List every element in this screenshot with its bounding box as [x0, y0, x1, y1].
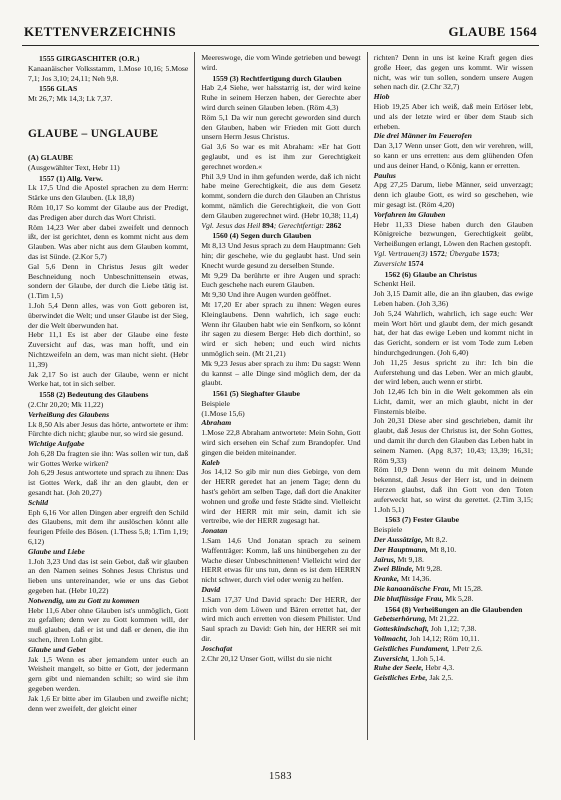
paragraph: Joh 6,28 Da fragten sie ihn: Was sollen … — [28, 449, 188, 469]
entry-heading: 1555 GIRGASCHITER (O.R.) — [28, 54, 188, 64]
text-columns: 1555 GIRGASCHITER (O.R.)Kanaanäischer Vo… — [22, 52, 539, 740]
subheading: Jonatan — [201, 526, 360, 536]
subheading: Kaleb — [201, 458, 360, 468]
column-2: Meereswoge, die vom Winde getrieben und … — [194, 52, 366, 740]
reference-line: Der Aussätzige, Mt 8,2. — [374, 535, 533, 545]
column-1: 1555 GIRGASCHITER (O.R.)Kanaanäischer Vo… — [22, 52, 194, 740]
paragraph: 1.Sam 14,6 Und Jonatan sprach zu seinem … — [201, 536, 360, 585]
paragraph: Jak 2,17 So ist auch der Glaube, wenn er… — [28, 370, 188, 390]
paragraph: Phil 3,9 Und in ihm gefunden werde, daß … — [201, 172, 360, 221]
paragraph: Jos 14,12 So gib mir nun dies Gebirge, v… — [201, 467, 360, 526]
paragraph: Gal 5,6 Denn in Christus Jesus gilt wede… — [28, 262, 188, 301]
cross-reference: Vgl. Jesus das Heil 894; Gerechtfertigt:… — [201, 221, 360, 231]
reference-line: Zuversicht, 1.Joh 5,14. — [374, 654, 533, 664]
paragraph: Mt 9,30 Und ihre Augen wurden geöffnet. — [201, 290, 360, 300]
reference-line: Vollmacht, Joh 14,12; Röm 10,11. — [374, 634, 533, 644]
paragraph: (1.Mose 15,6) — [201, 409, 360, 419]
subheading: Glaube und Liebe — [28, 547, 188, 557]
subheading: Wichtige Aufgabe — [28, 439, 188, 449]
subheading: Joschafat — [201, 644, 360, 654]
paragraph: Schenkt Heil. — [374, 279, 533, 289]
paragraph: 2.Chr 20,12 Unser Gott, willst du sie ni… — [201, 654, 360, 664]
entry-heading: 1560 (4) Segen durch Glauben — [201, 231, 360, 241]
paragraph: Joh 11,25 Jesus spricht zu ihr: Ich bin … — [374, 358, 533, 387]
paragraph: Jak 1,5 Wenn es aber jemandem unter euch… — [28, 655, 188, 694]
reference-line: Gotteskindschaft, Joh 1,12; 7,38. — [374, 624, 533, 634]
book-page: KETTENVERZEICHNIS GLAUBE 1564 1555 GIRGA… — [0, 0, 561, 800]
paragraph: Joh 3,15 Damit alle, die an ihn glauben,… — [374, 289, 533, 309]
entry-heading: 1564 (8) Verheißungen an die Glaubenden — [374, 605, 533, 615]
reference-line: Die kanaanäische Frau, Mt 15,28. — [374, 584, 533, 594]
entry-heading: 1556 GLAS — [28, 84, 188, 94]
subheading: Vorfahren im Glauben — [374, 210, 533, 220]
paragraph: Lk 8,50 Als aber Jesus das hörte, antwor… — [28, 420, 188, 440]
subheading: Verheißung des Glaubens — [28, 410, 188, 420]
reference-line: Jaïrus, Mt 9,18. — [374, 555, 533, 565]
reference-line: Ruhe der Seele, Hebr 4,3. — [374, 663, 533, 673]
section-heading: GLAUBE – UNGLAUBE — [28, 128, 188, 141]
subheading: Glaube und Gebet — [28, 645, 188, 655]
reference-line: Die blutflüssige Frau, Mk 5,28. — [374, 594, 533, 604]
reference-line: Der Hauptmann, Mt 8,10. — [374, 545, 533, 555]
paragraph: (Ausgewählter Text, Hebr 11) — [28, 163, 188, 173]
paragraph: Mt 8,13 Und Jesus sprach zu dem Hauptman… — [201, 241, 360, 270]
paragraph: Apg 27,25 Darum, liebe Männer, seid unve… — [374, 180, 533, 209]
paragraph: 1.Mose 22,8 Abraham antwortete: Mein Soh… — [201, 428, 360, 457]
paragraph: Joh 5,24 Wahrlich, wahrlich, ich sage eu… — [374, 309, 533, 358]
page-footer: 1583 — [0, 771, 561, 782]
paragraph: Mt 26,7; Mk 14,3; Lk 7,37. — [28, 94, 188, 104]
cross-reference: Vgl. Vertrauen(3) 1572; Übergabe 1573; Z… — [374, 249, 533, 269]
entry-heading: 1557 (1) Allg. Verw. — [28, 174, 188, 184]
paragraph: Beispiele — [201, 399, 360, 409]
paragraph: Mk 9,23 Jesus aber sprach zu ihm: Du sag… — [201, 359, 360, 388]
paragraph: Hebr 11,6 Aber ohne Glauben ist's unmögl… — [28, 606, 188, 645]
reference-line: Geistliches Fundament, 1.Petr 2,6. — [374, 644, 533, 654]
paragraph: Hab 2,4 Siehe, wer halsstarrig ist, der … — [201, 83, 360, 112]
subsection-heading: (A) GLAUBE — [28, 153, 188, 163]
paragraph: 1.Joh 5,4 Denn alles, was von Gott gebor… — [28, 301, 188, 330]
subheading: Abraham — [201, 418, 360, 428]
entry-heading: 1559 (3) Rechtfertigung durch Glauben — [201, 74, 360, 84]
subheading: Schild — [28, 498, 188, 508]
reference-line: Zwei Blinde, Mt 9,28. — [374, 564, 533, 574]
entry-heading: 1558 (2) Bedeutung des Glaubens — [28, 390, 188, 400]
subheading: David — [201, 585, 360, 595]
subheading: Hiob — [374, 92, 533, 102]
paragraph: Mt 17,20 Er aber sprach zu ihnen: Wegen … — [201, 300, 360, 359]
reference-line: Kranke, Mt 14,36. — [374, 574, 533, 584]
header-rule — [22, 45, 539, 46]
paragraph: Mt 9,29 Da berührte er ihre Augen und sp… — [201, 271, 360, 291]
paragraph: (2.Chr 20,20; Mk 11,22) — [28, 400, 188, 410]
paragraph: Joh 12,46 Ich bin in die Welt gekommen a… — [374, 387, 533, 416]
paragraph: Hiob 19,25 Aber ich weiß, daß mein Erlös… — [374, 102, 533, 131]
paragraph: Dan 3,17 Wenn unser Gott, den wir verehr… — [374, 141, 533, 170]
reference-line: Gebetserhörung, Mt 21,22. — [374, 614, 533, 624]
paragraph: Gal 3,6 So war es mit Abraham: »Er hat G… — [201, 142, 360, 171]
running-title-left: KETTENVERZEICHNIS — [24, 24, 176, 40]
paragraph: Röm 10,17 So kommt der Glaube aus der Pr… — [28, 203, 188, 223]
subheading: Die drei Männer im Feuerofen — [374, 131, 533, 141]
paragraph: Röm 10,9 Denn wenn du mit deinem Munde b… — [374, 465, 533, 514]
running-title-right: GLAUBE 1564 — [448, 24, 537, 40]
paragraph: 1.Sam 17,37 Und David sprach: Der HERR, … — [201, 595, 360, 644]
column-3: richten? Denn in uns ist keine Kraft geg… — [367, 52, 539, 740]
paragraph: Lk 17,5 Und die Apostel sprachen zu dem … — [28, 183, 188, 203]
paragraph: Beispiele — [374, 525, 533, 535]
paragraph: Kanaanäischer Volksstamm, 1.Mose 10,16; … — [28, 64, 188, 84]
entry-heading: 1562 (6) Glaube an Christus — [374, 270, 533, 280]
page-number: 1583 — [269, 771, 292, 782]
entry-heading: 1563 (7) Fester Glaube — [374, 515, 533, 525]
running-head: KETTENVERZEICHNIS GLAUBE 1564 — [22, 24, 539, 43]
subheading: Notwendig, um zu Gott zu kommen — [28, 596, 188, 606]
paragraph: Eph 6,16 Vor allen Dingen aber ergreift … — [28, 508, 188, 547]
paragraph: Hebr 11,33 Diese haben durch den Glauben… — [374, 220, 533, 249]
entry-heading: 1561 (5) Sieghafter Glaube — [201, 389, 360, 399]
paragraph: Röm 14,23 Wer aber dabei zweifelt und de… — [28, 223, 188, 262]
reference-line: Geistliches Erbe, Jak 2,5. — [374, 673, 533, 683]
paragraph: 1.Joh 3,23 Und das ist sein Gebot, daß w… — [28, 557, 188, 596]
paragraph: richten? Denn in uns ist keine Kraft geg… — [374, 53, 533, 92]
paragraph: Jak 1,6 Er bitte aber im Glauben und zwe… — [28, 694, 188, 714]
subheading: Paulus — [374, 171, 533, 181]
paragraph: Joh 6,29 Jesus antwortete und sprach zu … — [28, 468, 188, 497]
paragraph: Hebr 11,1 Es ist aber der Glaube eine fe… — [28, 330, 188, 369]
paragraph: Meereswoge, die vom Winde getrieben und … — [201, 53, 360, 73]
paragraph: Joh 20,31 Diese aber sind geschrieben, d… — [374, 416, 533, 465]
paragraph: Röm 5,1 Da wir nun gerecht geworden sind… — [201, 113, 360, 142]
